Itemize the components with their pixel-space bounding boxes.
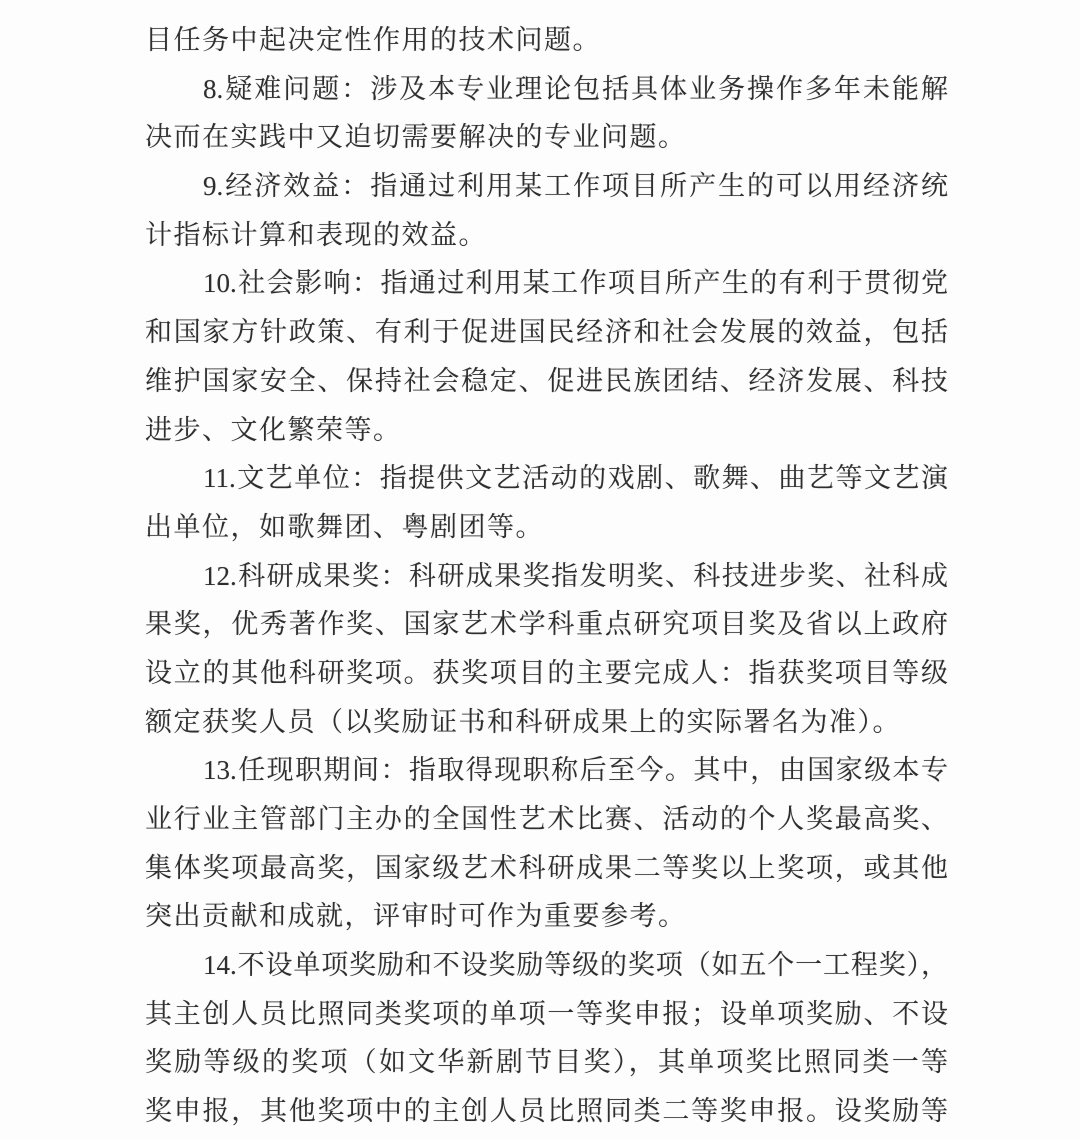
text-line: 设立的其他科研奖项。获奖项目的主要完成人：指获奖项目等级 <box>145 649 948 698</box>
text-line: 8.疑难问题：涉及本专业理论包括具体业务操作多年未能解 <box>145 65 948 114</box>
text-line: 13.任现职期间：指取得现职称后至今。其中，由国家级本专 <box>145 746 948 795</box>
text-line: 9.经济效益：指通过利用某工作项目所产生的可以用经济统 <box>145 162 948 211</box>
text-line: 11.文艺单位：指提供文艺活动的戏剧、歌舞、曲艺等文艺演 <box>145 454 948 503</box>
text-line: 计指标计算和表现的效益。 <box>145 211 948 260</box>
text-line: 维护国家安全、保持社会稳定、促进民族团结、经济发展、科技 <box>145 357 948 406</box>
text-column: 目任务中起决定性作用的技术问题。8.疑难问题：涉及本专业理论包括具体业务操作多年… <box>145 16 948 1136</box>
text-line: 10.社会影响：指通过利用某工作项目所产生的有利于贯彻党 <box>145 259 948 308</box>
document-page: 目任务中起决定性作用的技术问题。8.疑难问题：涉及本专业理论包括具体业务操作多年… <box>0 0 1080 1140</box>
text-line: 和国家方针政策、有利于促进国民经济和社会发展的效益，包括 <box>145 308 948 357</box>
text-line: 突出贡献和成就，评审时可作为重要参考。 <box>145 892 948 941</box>
text-line: 12.科研成果奖：科研成果奖指发明奖、科技进步奖、社科成 <box>145 552 948 601</box>
text-line: 目任务中起决定性作用的技术问题。 <box>145 16 948 65</box>
text-line: 集体奖项最高奖，国家级艺术科研成果二等奖以上奖项，或其他 <box>145 844 948 893</box>
text-line: 奖励等级的奖项（如文华新剧节目奖），其单项奖比照同类一等 <box>145 1038 948 1087</box>
text-line: 决而在实践中又迫切需要解决的专业问题。 <box>145 113 948 162</box>
text-line: 果奖，优秀著作奖、国家艺术学科重点研究项目奖及省以上政府 <box>145 600 948 649</box>
text-line: 进步、文化繁荣等。 <box>145 406 948 455</box>
text-line: 奖申报，其他奖项中的主创人员比照同类二等奖申报。设奖励等 <box>145 1087 948 1136</box>
text-line: 额定获奖人员（以奖励证书和科研成果上的实际署名为准）。 <box>145 698 948 747</box>
text-line: 业行业主管部门主办的全国性艺术比赛、活动的个人奖最高奖、 <box>145 795 948 844</box>
text-line: 14.不设单项奖励和不设奖励等级的奖项（如五个一工程奖）， <box>145 941 948 990</box>
text-line: 其主创人员比照同类奖项的单项一等奖申报；设单项奖励、不设 <box>145 990 948 1039</box>
text-line: 出单位，如歌舞团、粤剧团等。 <box>145 503 948 552</box>
